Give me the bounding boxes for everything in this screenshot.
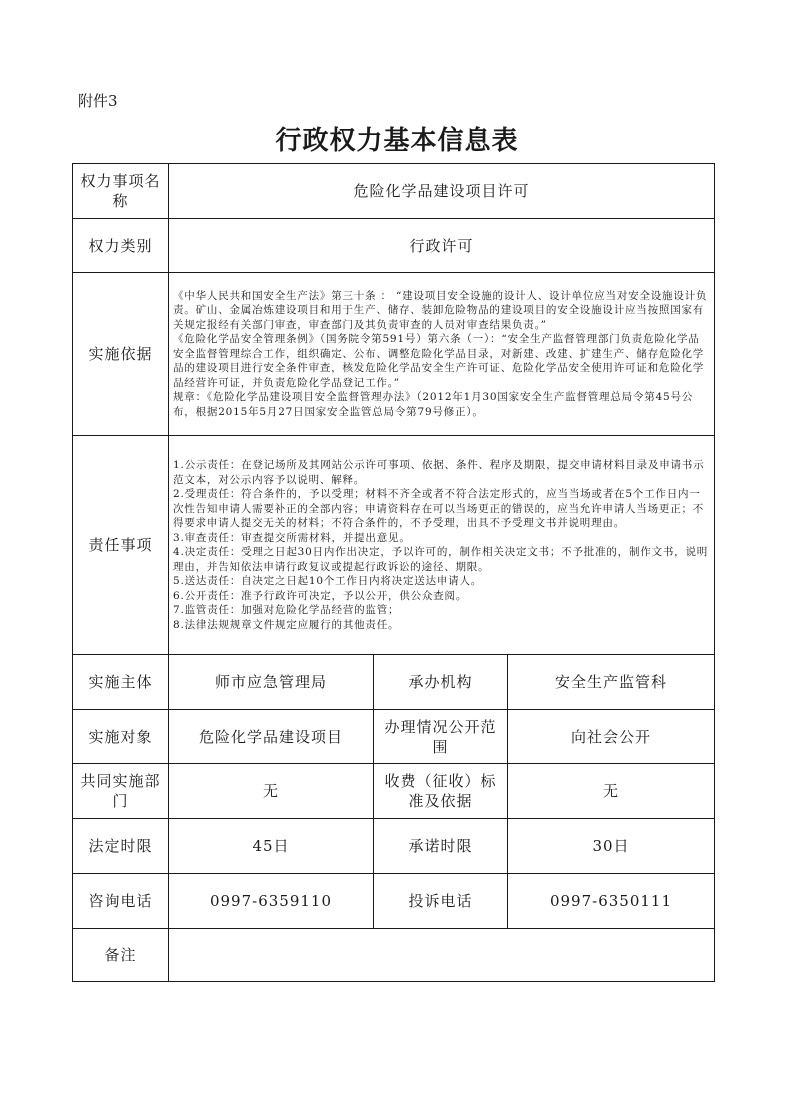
responsibility-item: 1.公示责任：在登记场所及其网站公示许可事项、依据、条件、程序及期限，提交申请材… [173,458,710,487]
fee-value: 无 [508,764,715,819]
fee-label: 收费（征收）标准及依据 [374,764,508,819]
responsibility-item: 5.送达责任：自决定之日起10个工作日内将决定送达申请人。 [173,574,710,589]
row-category: 权力类别 行政许可 [73,219,715,273]
attachment-label: 附件3 [78,90,118,111]
row-phone: 咨询电话 0997-6359110 投诉电话 0997-6350111 [73,874,715,929]
responsibility-item: 4.决定责任：受理之日起30日内作出决定，予以许可的，制作相关决定文书；不予批准… [173,545,710,574]
basis-paragraph: 《中华人民共和国安全生产法》第三十条 ： “建设项目安全设施的设计人、设计单位应… [173,289,710,333]
row-remarks: 备注 [73,929,715,982]
subject-value: 师市应急管理局 [169,655,374,710]
responsibility-item: 8.法律法规规章文件规定应履行的其他责任。 [173,618,710,633]
object-label: 实施对象 [73,710,169,764]
responsibilities-text: 1.公示责任：在登记场所及其网站公示许可事项、依据、条件、程序及期限，提交申请材… [169,436,715,655]
handling-org-label: 承办机构 [374,655,508,710]
name-label: 权力事项名称 [73,164,169,219]
subject-label: 实施主体 [73,655,169,710]
consult-phone-label: 咨询电话 [73,874,169,929]
joint-dept-label: 共同实施部门 [73,764,169,819]
page-title: 行政权力基本信息表 [0,120,794,157]
info-table: 权力事项名称 危险化学品建设项目许可 权力类别 行政许可 实施依据 《中华人民共… [72,163,715,982]
complaint-phone-label: 投诉电话 [374,874,508,929]
responsibility-item: 7.监管责任：加强对危险化学品经营的监管； [173,603,710,618]
legal-time-limit-value: 45日 [169,819,374,874]
row-time-limit: 法定时限 45日 承诺时限 30日 [73,819,715,874]
responsibility-item: 3.审查责任：审查提交所需材料，并提出意见。 [173,531,710,546]
basis-paragraph: 《危险化学品安全管理条例》（国务院令第591号）第六条（一）：“安全生产监督管理… [173,332,710,390]
basis-text: 《中华人民共和国安全生产法》第三十条 ： “建设项目安全设施的设计人、设计单位应… [169,273,715,436]
remarks-value [169,929,715,982]
legal-time-limit-label: 法定时限 [73,819,169,874]
row-basis: 实施依据 《中华人民共和国安全生产法》第三十条 ： “建设项目安全设施的设计人、… [73,273,715,436]
consult-phone-value: 0997-6359110 [169,874,374,929]
remarks-label: 备注 [73,929,169,982]
category-value: 行政许可 [169,219,715,273]
name-value: 危险化学品建设项目许可 [169,164,715,219]
disclosure-scope-label: 办理情况公开范围 [374,710,508,764]
row-joint: 共同实施部门 无 收费（征收）标准及依据 无 [73,764,715,819]
responsibility-item: 2.受理责任：符合条件的，予以受理；材料不齐全或者不符合法定形式的，应当当场或者… [173,487,710,531]
responsibility-item: 6.公开责任：准予行政许可决定，予以公开，供公众查阅。 [173,589,710,604]
basis-paragraph: 规章：《危险化学品建设项目安全监督管理办法》（2012年1月30国家安全生产监督… [173,390,710,419]
row-name: 权力事项名称 危险化学品建设项目许可 [73,164,715,219]
object-value: 危险化学品建设项目 [169,710,374,764]
disclosure-scope-value: 向社会公开 [508,710,715,764]
row-object: 实施对象 危险化学品建设项目 办理情况公开范围 向社会公开 [73,710,715,764]
row-subject: 实施主体 师市应急管理局 承办机构 安全生产监管科 [73,655,715,710]
complaint-phone-value: 0997-6350111 [508,874,715,929]
responsibilities-label: 责任事项 [73,436,169,655]
row-responsibilities: 责任事项 1.公示责任：在登记场所及其网站公示许可事项、依据、条件、程序及期限，… [73,436,715,655]
handling-org-value: 安全生产监管科 [508,655,715,710]
category-label: 权力类别 [73,219,169,273]
promised-time-limit-value: 30日 [508,819,715,874]
promised-time-limit-label: 承诺时限 [374,819,508,874]
joint-dept-value: 无 [169,764,374,819]
basis-label: 实施依据 [73,273,169,436]
